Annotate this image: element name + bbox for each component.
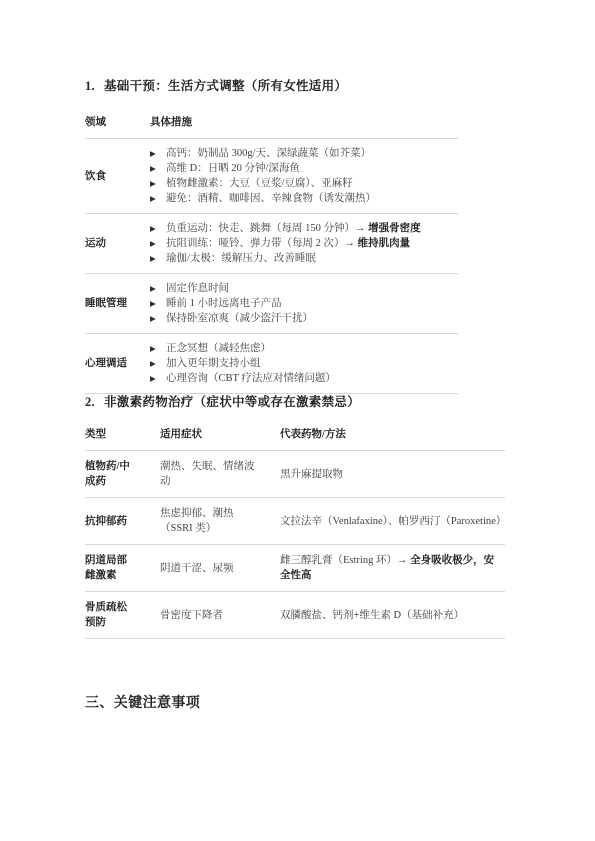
- list-item: ▶负重运动：快走、跳舞（每周 150 分钟）→ 增强骨密度: [150, 221, 458, 236]
- list-item-text: 正念冥想（减轻焦虑）: [166, 341, 458, 356]
- header-measures: 具体措施: [150, 115, 458, 139]
- osteoporosis-symptoms: 骨密度下降者: [160, 592, 280, 639]
- list-item-text: 植物雌激素：大豆（豆浆/豆腐）、亚麻籽: [166, 176, 458, 191]
- section2-number: 2.: [85, 394, 104, 411]
- diet-label: 饮食: [85, 139, 150, 214]
- list-item: ▶高维 D：日晒 20 分钟/深海鱼: [150, 161, 458, 176]
- list-item-text: 固定作息时间: [166, 281, 458, 296]
- triangle-bullet-icon: ▶: [150, 356, 166, 371]
- triangle-bullet-icon: ▶: [150, 161, 166, 176]
- list-item: ▶正念冥想（减轻焦虑）: [150, 341, 458, 356]
- antidepressant-symptoms: 焦虑抑郁、潮热（SSRI 类）: [160, 498, 280, 545]
- list-item-text: 高维 D：日晒 20 分钟/深海鱼: [166, 161, 458, 176]
- vaginal-estrogen-symptoms: 阴道干涩、尿频: [160, 545, 280, 592]
- list-item: ▶高钙：奶制品 300g/天、深绿蔬菜（如芥菜）: [150, 146, 458, 161]
- diet-measures-cell: ▶高钙：奶制品 300g/天、深绿蔬菜（如芥菜） ▶高维 D：日晒 20 分钟/…: [150, 139, 458, 214]
- section3-heading: 三、关键注意事项: [85, 695, 595, 713]
- osteoporosis-type: 骨质疏松预防: [85, 592, 160, 639]
- list-item-text: 心理咨询（CBT 疗法应对情绪问题）: [166, 371, 458, 386]
- list-item-text: 抗阻训练：哑铃、弹力带（每周 2 次）→ 维持肌肉量: [166, 236, 458, 251]
- exercise-label: 运动: [85, 214, 150, 274]
- vaginal-estrogen-drugs: 雌三醇乳膏（Estring 环）→ 全身吸收极少，安全性高: [280, 545, 505, 592]
- psychology-measures-cell: ▶正念冥想（减轻焦虑） ▶加入更年期支持小组 ▶心理咨询（CBT 疗法应对情绪问…: [150, 334, 458, 394]
- lifestyle-table-header-row: 领域 具体措施: [85, 115, 458, 139]
- section1-heading: 1.基础干预：生活方式调整（所有女性适用）: [85, 78, 595, 95]
- section1-number: 1.: [85, 78, 104, 95]
- list-item-text: 负重运动：快走、跳舞（每周 150 分钟）→ 增强骨密度: [166, 221, 458, 236]
- sleep-row: 睡眠管理 ▶固定作息时间 ▶睡前 1 小时远离电子产品 ▶保持卧室凉爽（减少盗汗…: [85, 274, 458, 334]
- section2-title: 非激素药物治疗（症状中等或存在激素禁忌）: [104, 395, 360, 409]
- list-item: ▶心理咨询（CBT 疗法应对情绪问题）: [150, 371, 458, 386]
- triangle-bullet-icon: ▶: [150, 296, 166, 311]
- psychology-label: 心理调适: [85, 334, 150, 394]
- list-item: ▶加入更年期支持小组: [150, 356, 458, 371]
- list-item-text: 高钙：奶制品 300g/天、深绿蔬菜（如芥菜）: [166, 146, 458, 161]
- triangle-bullet-icon: ▶: [150, 146, 166, 161]
- herbal-drugs: 黑升麻提取物: [280, 451, 505, 498]
- vaginal-estrogen-row: 阴道局部雌激素 阴道干涩、尿频 雌三醇乳膏（Estring 环）→ 全身吸收极少…: [85, 545, 505, 592]
- herbal-type: 植物药/中成药: [85, 451, 160, 498]
- header-drugs: 代表药物/方法: [280, 427, 505, 451]
- osteoporosis-row: 骨质疏松预防 骨密度下降者 双膦酸盐、钙剂+维生素 D（基础补充）: [85, 592, 505, 639]
- osteoporosis-drugs: 双膦酸盐、钙剂+维生素 D（基础补充）: [280, 592, 505, 639]
- list-item-text: 睡前 1 小时远离电子产品: [166, 296, 458, 311]
- list-item: ▶抗阻训练：哑铃、弹力带（每周 2 次）→ 维持肌肉量: [150, 236, 458, 251]
- list-item: ▶保持卧室凉爽（减少盗汗干扰）: [150, 311, 458, 326]
- triangle-bullet-icon: ▶: [150, 341, 166, 356]
- list-item: ▶睡前 1 小时远离电子产品: [150, 296, 458, 311]
- antidepressant-row: 抗抑郁药 焦虑抑郁、潮热（SSRI 类） 文拉法辛（Venlafaxine）、帕…: [85, 498, 505, 545]
- header-domain: 领域: [85, 115, 150, 139]
- list-item-text: 加入更年期支持小组: [166, 356, 458, 371]
- triangle-bullet-icon: ▶: [150, 311, 166, 326]
- header-symptoms: 适用症状: [160, 427, 280, 451]
- non-hormone-therapy-table: 类型 适用症状 代表药物/方法 植物药/中成药 潮热、失眠、情绪波动 黑升麻提取…: [85, 427, 505, 639]
- header-type: 类型: [85, 427, 160, 451]
- exercise-measures-cell: ▶负重运动：快走、跳舞（每周 150 分钟）→ 增强骨密度 ▶抗阻训练：哑铃、弹…: [150, 214, 458, 274]
- triangle-bullet-icon: ▶: [150, 221, 166, 236]
- vaginal-estrogen-type: 阴道局部雌激素: [85, 545, 160, 592]
- list-item: ▶固定作息时间: [150, 281, 458, 296]
- triangle-bullet-icon: ▶: [150, 371, 166, 386]
- therapy-table-header-row: 类型 适用症状 代表药物/方法: [85, 427, 505, 451]
- section2-heading: 2.非激素药物治疗（症状中等或存在激素禁忌）: [85, 394, 595, 411]
- list-item: ▶植物雌激素：大豆（豆浆/豆腐）、亚麻籽: [150, 176, 458, 191]
- sleep-measures-cell: ▶固定作息时间 ▶睡前 1 小时远离电子产品 ▶保持卧室凉爽（减少盗汗干扰）: [150, 274, 458, 334]
- triangle-bullet-icon: ▶: [150, 251, 166, 266]
- psychology-row: 心理调适 ▶正念冥想（减轻焦虑） ▶加入更年期支持小组 ▶心理咨询（CBT 疗法…: [85, 334, 458, 394]
- diet-row: 饮食 ▶高钙：奶制品 300g/天、深绿蔬菜（如芥菜） ▶高维 D：日晒 20 …: [85, 139, 458, 214]
- list-item-text: 保持卧室凉爽（减少盗汗干扰）: [166, 311, 458, 326]
- triangle-bullet-icon: ▶: [150, 236, 166, 251]
- triangle-bullet-icon: ▶: [150, 281, 166, 296]
- list-item-text: 瑜伽/太极：缓解压力、改善睡眠: [166, 251, 458, 266]
- lifestyle-table: 领域 具体措施 饮食 ▶高钙：奶制品 300g/天、深绿蔬菜（如芥菜） ▶高维 …: [85, 115, 458, 394]
- list-item: ▶避免：酒精、咖啡因、辛辣食物（诱发潮热）: [150, 191, 458, 206]
- exercise-row: 运动 ▶负重运动：快走、跳舞（每周 150 分钟）→ 增强骨密度 ▶抗阻训练：哑…: [85, 214, 458, 274]
- section1-title: 基础干预：生活方式调整（所有女性适用）: [104, 79, 347, 93]
- triangle-bullet-icon: ▶: [150, 191, 166, 206]
- antidepressant-type: 抗抑郁药: [85, 498, 160, 545]
- sleep-label: 睡眠管理: [85, 274, 150, 334]
- herbal-symptoms: 潮热、失眠、情绪波动: [160, 451, 280, 498]
- document-page: 1.基础干预：生活方式调整（所有女性适用） 领域 具体措施 饮食 ▶高钙：奶制品…: [0, 0, 595, 841]
- list-item-text: 避免：酒精、咖啡因、辛辣食物（诱发潮热）: [166, 191, 458, 206]
- herbal-row: 植物药/中成药 潮热、失眠、情绪波动 黑升麻提取物: [85, 451, 505, 498]
- list-item: ▶瑜伽/太极：缓解压力、改善睡眠: [150, 251, 458, 266]
- triangle-bullet-icon: ▶: [150, 176, 166, 191]
- antidepressant-drugs: 文拉法辛（Venlafaxine）、帕罗西汀（Paroxetine）: [280, 498, 505, 545]
